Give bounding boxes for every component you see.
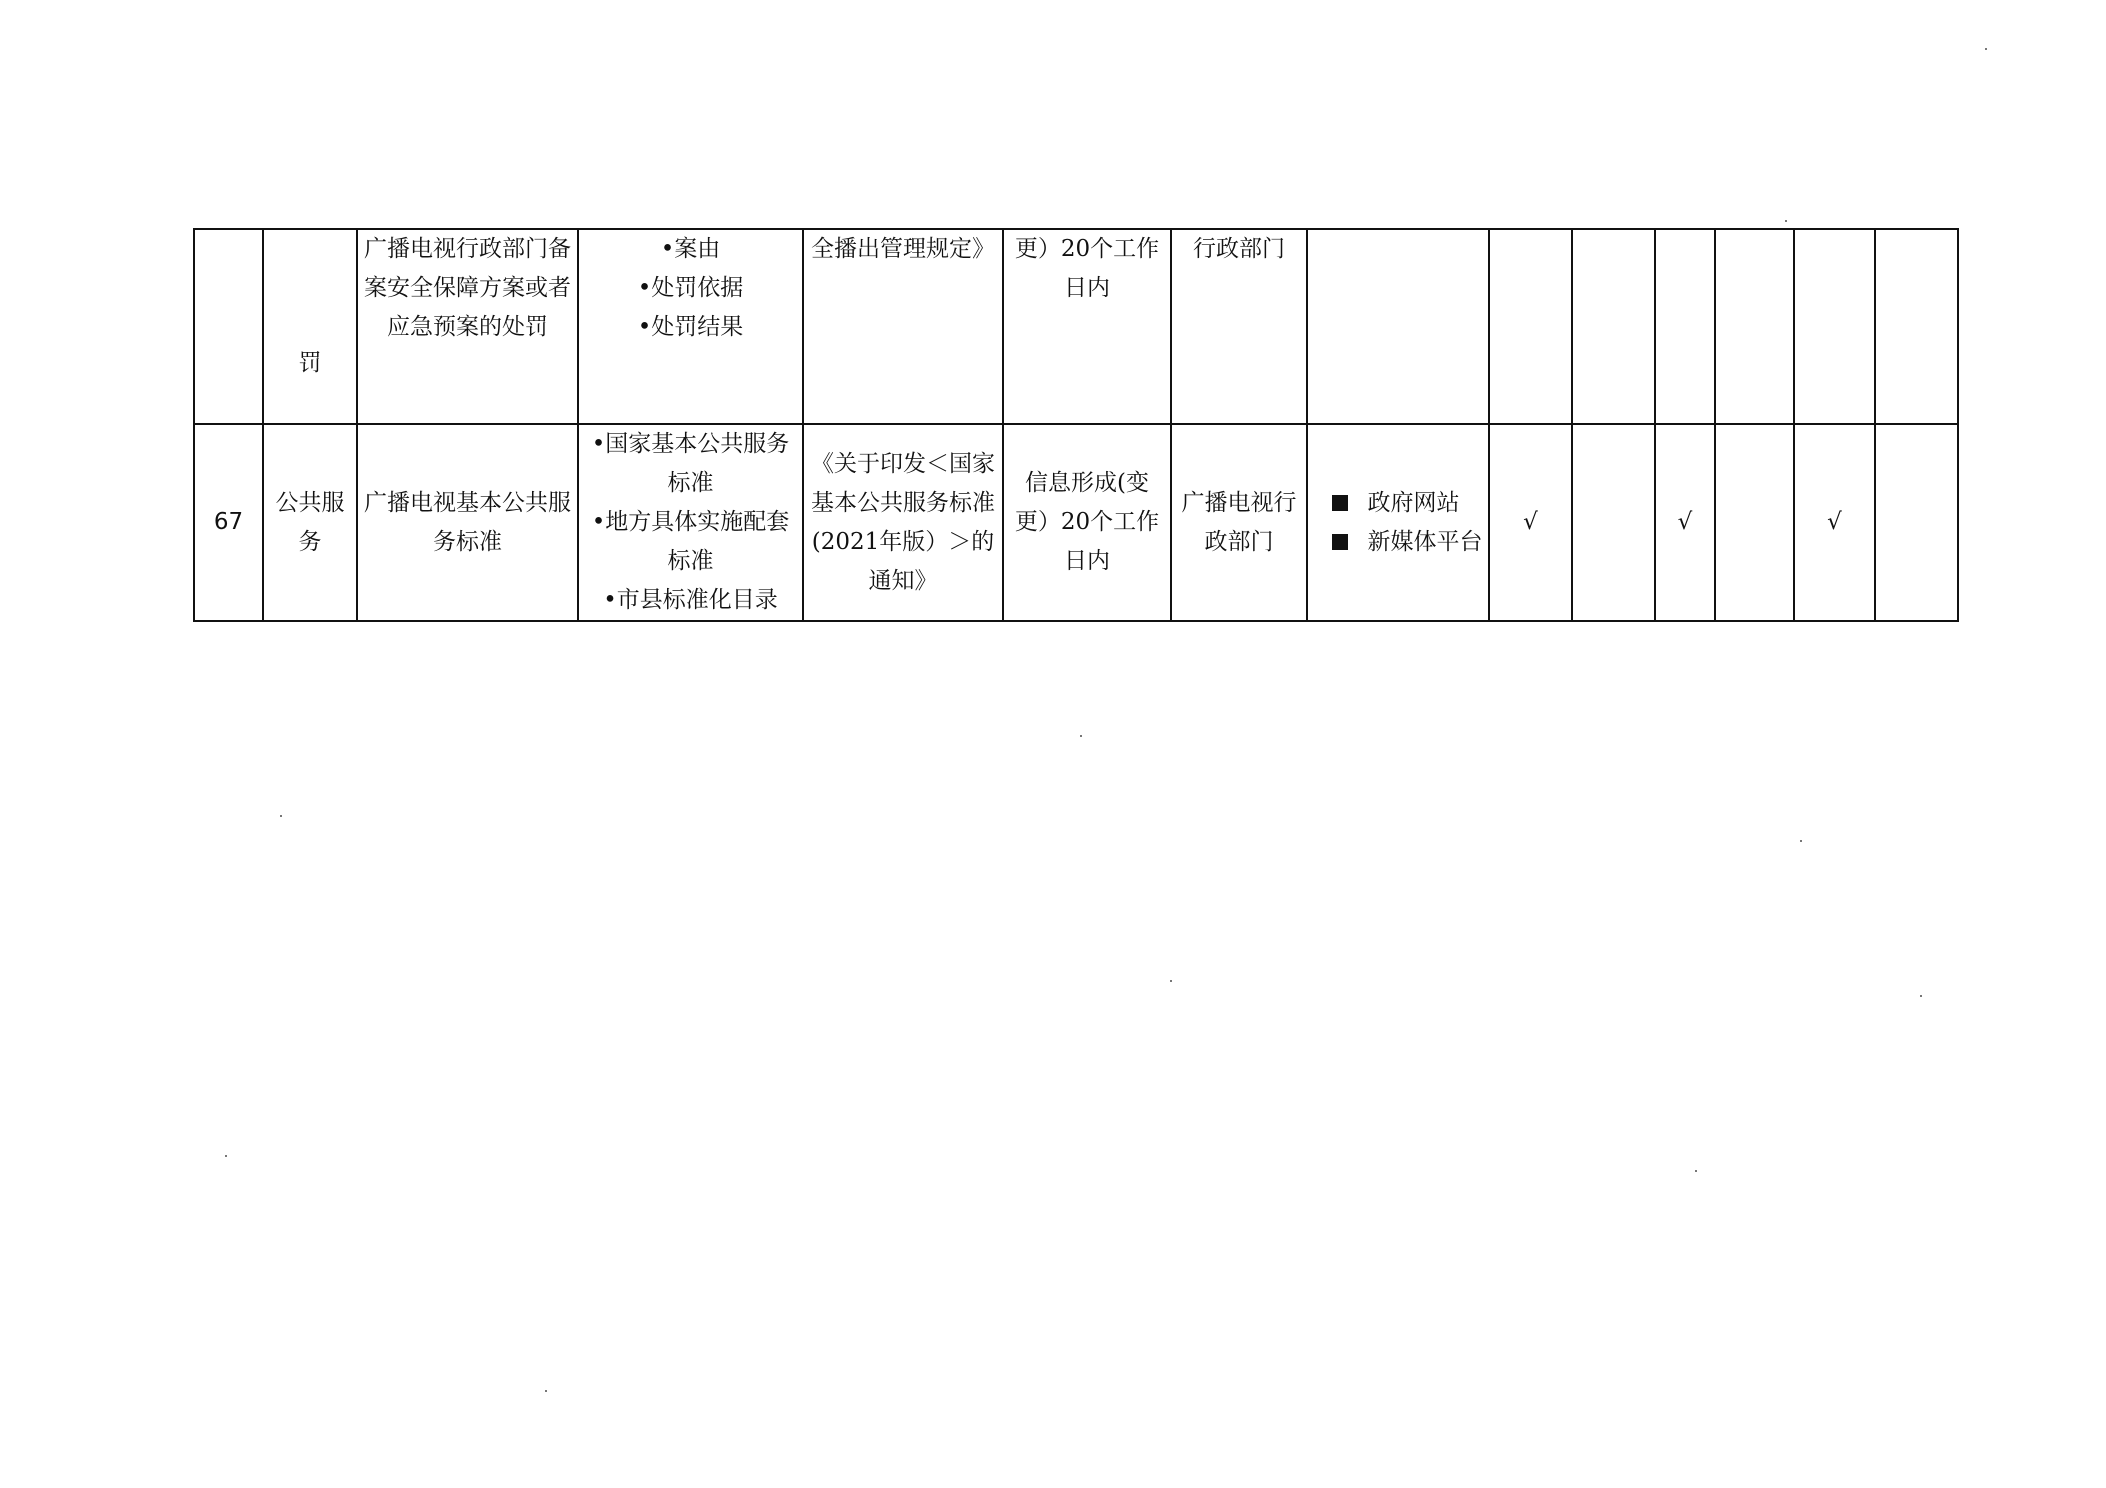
table-row: 罚 广播电视行政部门备案安全保障方案或者应急预案的处罚 •案由 •处罚依据 •处… [194,229,1958,424]
mark-cell [1794,229,1875,424]
mark-cell [1715,229,1794,424]
checkmark-icon: √ [1489,424,1572,621]
channel-label: 新媒体平台 [1368,529,1483,555]
scan-speck [1785,220,1787,222]
scan-speck [1985,48,1987,50]
content-cell: •案由 •处罚依据 •处罚结果 [578,229,803,424]
scan-speck [225,1155,227,1157]
basis-cell: 《关于印发＜国家基本公共服务标准(2021年版）＞的通知》 [803,424,1003,621]
time-limit-cell: 信息形成(变更）20个工作日内 [1003,424,1171,621]
row-index [194,229,263,424]
scan-speck [1695,1170,1697,1172]
scan-speck [1920,995,1922,997]
disclosure-table: 罚 广播电视行政部门备案安全保障方案或者应急预案的处罚 •案由 •处罚依据 •处… [193,228,1959,622]
subject-cell: 广播电视行政部门 [1171,424,1307,621]
category-cell: 罚 [263,229,357,424]
category-cell: 公共服务 [263,424,357,621]
content-bullet: •案由 [583,230,798,269]
mark-cell [1572,424,1655,621]
scan-speck [1080,735,1082,737]
scan-speck [1170,980,1172,982]
mark-cell [1572,229,1655,424]
table-row: 67 公共服务 广播电视基本公共服务标准 •国家基本公共服务标准 •地方具体实施… [194,424,1958,621]
checkmark-icon: √ [1794,424,1875,621]
mark-cell [1655,229,1715,424]
subject-cell: 行政部门 [1171,229,1307,424]
scan-speck [1800,840,1802,842]
document-page: 罚 广播电视行政部门备案安全保障方案或者应急预案的处罚 •案由 •处罚依据 •处… [0,0,2106,1488]
scan-speck [545,1390,547,1392]
mark-cell [1875,229,1958,424]
content-bullet: •国家基本公共服务标准 [583,425,798,503]
checkmark-icon: √ [1655,424,1715,621]
item-cell: 广播电视行政部门备案安全保障方案或者应急预案的处罚 [357,229,578,424]
scan-speck [280,815,282,817]
item-cell: 广播电视基本公共服务标准 [357,424,578,621]
time-limit-cell: 更）20个工作日内 [1003,229,1171,424]
channel-item: 新媒体平台 [1332,523,1483,562]
row-index: 67 [194,424,263,621]
channel-label: 政府网站 [1368,490,1460,516]
content-bullet: •地方具体实施配套标准 [583,503,798,581]
channels-cell: 政府网站 新媒体平台 [1307,424,1489,621]
black-square-bullet-icon [1332,495,1348,511]
mark-cell [1489,229,1572,424]
content-bullet: •处罚依据 [583,269,798,308]
channel-item: 政府网站 [1332,484,1483,523]
mark-cell [1715,424,1794,621]
content-cell: •国家基本公共服务标准 •地方具体实施配套标准 •市县标准化目录 [578,424,803,621]
basis-cell: 全播出管理规定》 [803,229,1003,424]
mark-cell [1875,424,1958,621]
channels-cell [1307,229,1489,424]
content-bullet: •市县标准化目录 [583,581,798,620]
black-square-bullet-icon [1332,534,1348,550]
content-bullet: •处罚结果 [583,308,798,347]
